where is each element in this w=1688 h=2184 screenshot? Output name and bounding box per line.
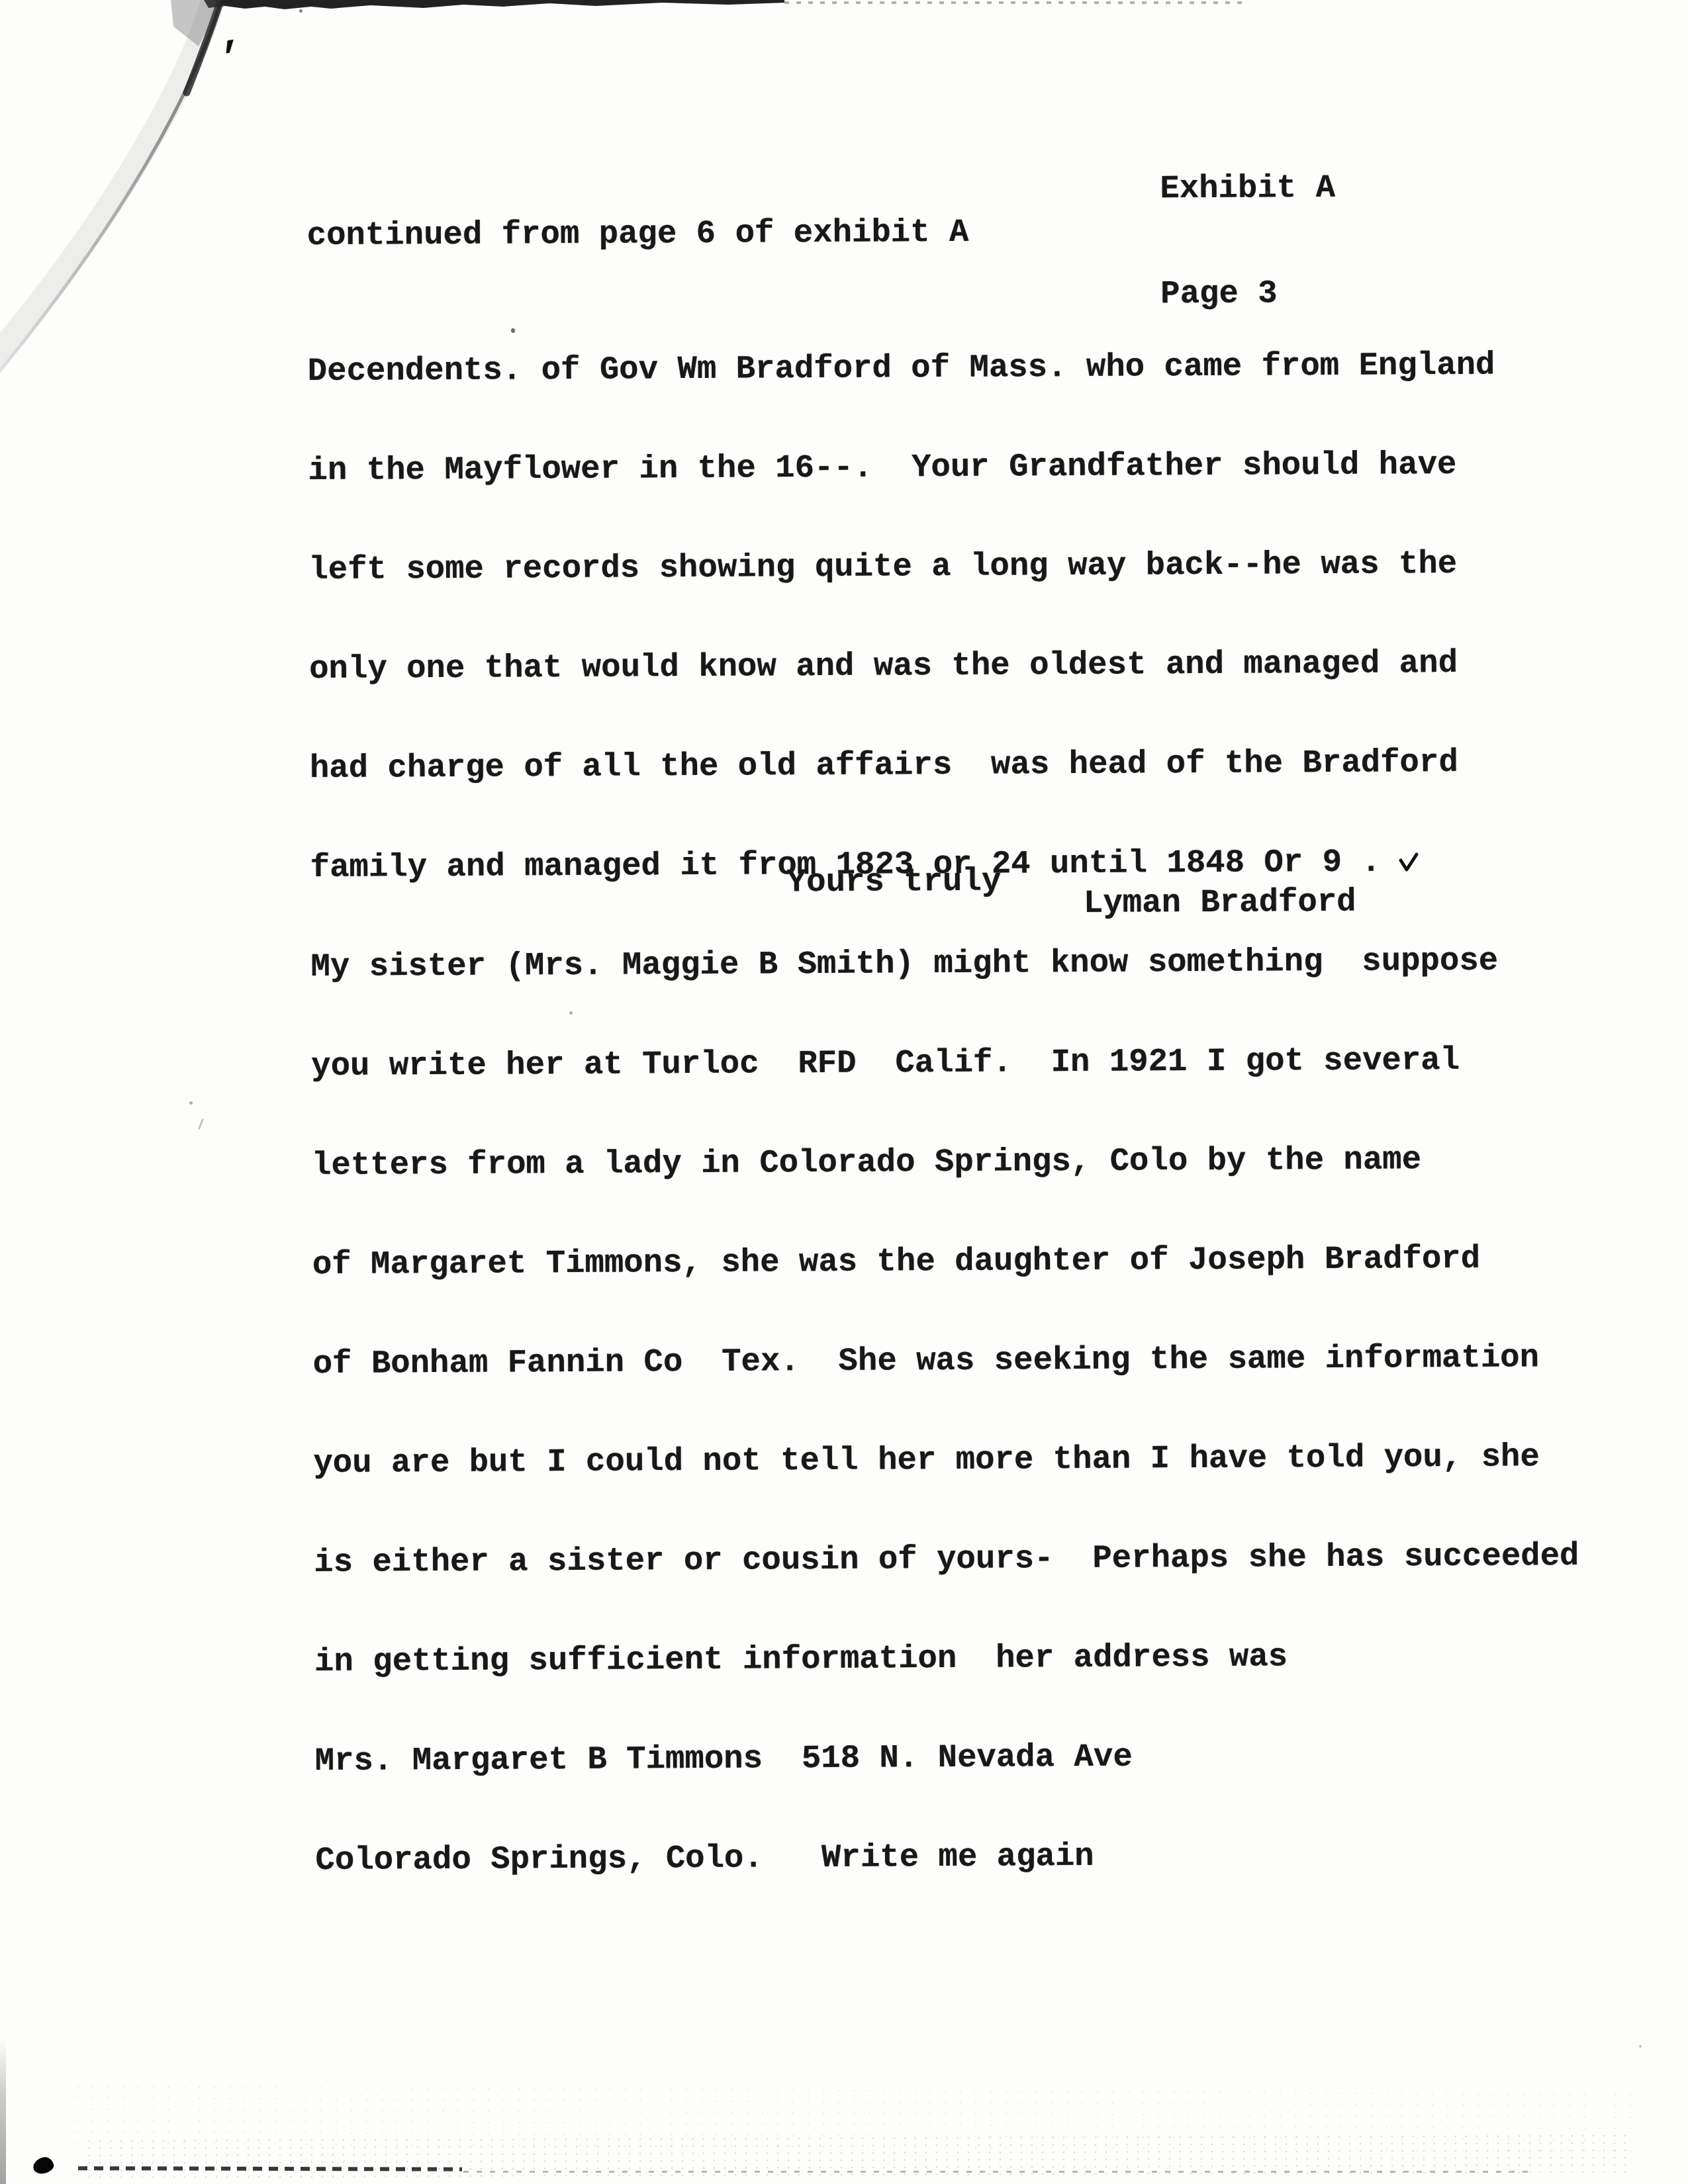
letter-line: in getting sufficient information her ad… — [314, 1639, 1580, 1678]
ink-speck — [1266, 191, 1269, 194]
ink-speck — [569, 1011, 573, 1015]
letter-line: left some records showing quite a long w… — [308, 547, 1574, 586]
signature-name: Lyman Bradford — [1084, 886, 1356, 920]
continuation-line: continued from page 6 of exhibit A — [307, 216, 969, 252]
letter-line: had charge of all the old affairs was he… — [310, 745, 1575, 785]
scan-edge-smear — [0, 2038, 6, 2184]
letter-body: Decendents. of Gov Wm Bradford of Mass. … — [307, 282, 1581, 1943]
letter-content: Exhibit A Page 3 continued from page 6 o… — [0, 0, 1688, 2184]
letter-line: Mrs. Margaret B Timmons 518 N. Nevada Av… — [315, 1738, 1581, 1778]
letter-line: of Margaret Timmons, she was the daughte… — [312, 1242, 1578, 1281]
letter-line: is either a sister or cousin of yours- P… — [314, 1539, 1579, 1579]
letter-line: of Bonham Fannin Co Tex. She was seeking… — [312, 1341, 1578, 1381]
ink-speck — [299, 9, 303, 13]
letter-line: in the Mayflower in the 16--. Your Grand… — [308, 447, 1573, 487]
ink-speck — [1639, 2045, 1642, 2048]
scanned-letter-page: Exhibit A Page 3 continued from page 6 o… — [0, 0, 1688, 2184]
letter-line: you are but I could not tell her more th… — [313, 1440, 1579, 1480]
closing-line: Yours truly — [787, 865, 1002, 899]
ink-speck — [511, 328, 515, 333]
letter-line: Colorado Springs, Colo. Write me again — [315, 1837, 1581, 1877]
letter-line: Decendents. of Gov Wm Bradford of Mass. … — [308, 348, 1573, 388]
letter-line: My sister (Mrs. Maggie B Smith) might kn… — [310, 944, 1576, 983]
scan-edge-dashes-bottom — [463, 2171, 1529, 2173]
ink-speck — [189, 1101, 193, 1105]
letter-line: only one that would know and was the old… — [309, 646, 1575, 686]
exhibit-label: Exhibit A — [1160, 171, 1335, 206]
letter-line: you write her at Turloc RFD Calif. In 19… — [311, 1043, 1577, 1083]
letter-line: letters from a lady in Colorado Springs,… — [312, 1142, 1577, 1182]
scan-edge-dashes-top — [784, 1, 1248, 4]
